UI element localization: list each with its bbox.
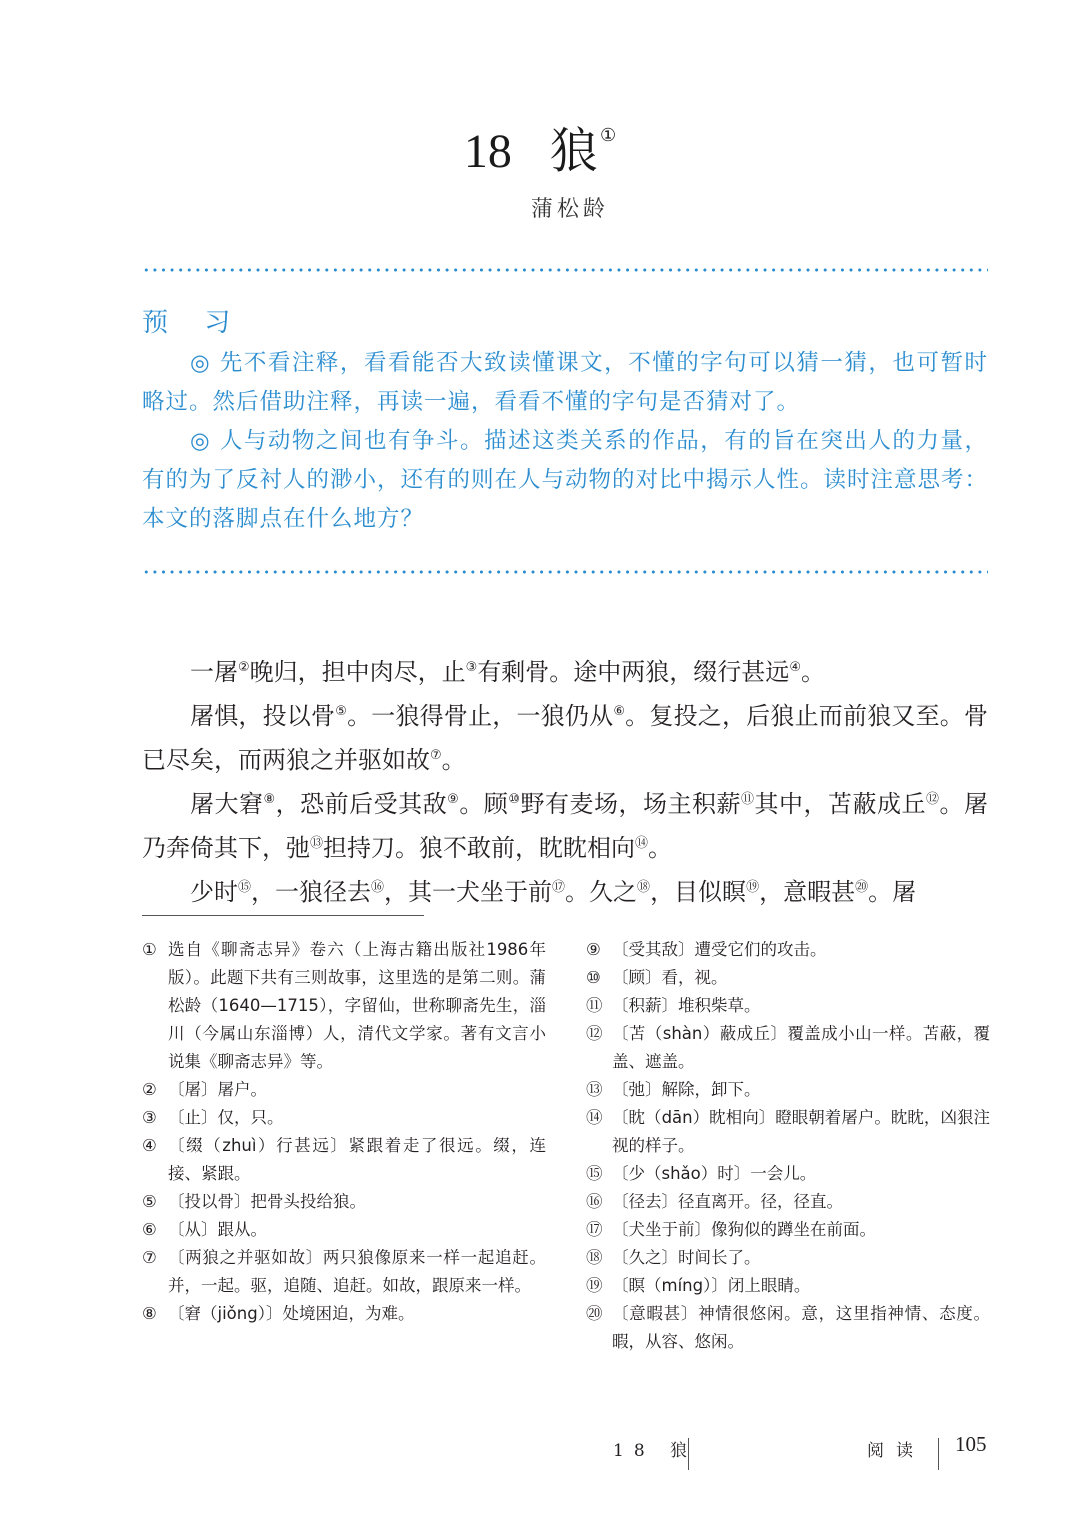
footnote-number: ⑤ <box>142 1188 168 1216</box>
footnote-item: ①选自《聊斋志异》卷六（上海古籍出版社1986年版）。此题下共有三则故事，这里选… <box>142 936 546 1076</box>
footnote-number: ⑧ <box>142 1300 168 1328</box>
footnote-number: ⑬ <box>586 1076 612 1104</box>
preview-item: ◎ 先不看注释，看看能否大致读懂课文，不懂的字句可以猜一猜，也可暂时略过。然后借… <box>142 344 988 422</box>
footnote-item: ⑨〔受其敌〕遭受它们的攻击。 <box>586 936 990 964</box>
footnote-item: ⑦〔两狼之并驱如故〕两只狼像原来一样一起追赶。并，一起。驱，追随、追赶。如故，跟… <box>142 1244 546 1300</box>
footnote-marker: ④ <box>789 660 801 675</box>
footnote-item: ④〔缀（zhuì）行甚远〕紧跟着走了很远。缀，连接、紧跟。 <box>142 1132 546 1188</box>
footnote-item: ⑰〔犬坐于前〕像狗似的蹲坐在前面。 <box>586 1216 990 1244</box>
text-segment: ，一狼径去 <box>251 878 371 906</box>
footnote-item: ②〔屠〕屠户。 <box>142 1076 546 1104</box>
footnote-marker: ⑳ <box>855 880 868 895</box>
footnote-marker: ⑰ <box>552 880 565 895</box>
footnote-text: 〔意暇甚〕神情很悠闲。意，这里指神情、态度。暇，从容、悠闲。 <box>612 1300 990 1356</box>
text-segment: 晚归，担中肉尽，止 <box>250 658 466 686</box>
text-segment: ，意暇甚 <box>759 878 855 906</box>
footnote-item: ⑬〔弛〕解除，卸下。 <box>586 1076 990 1104</box>
footnote-number: ③ <box>142 1104 168 1132</box>
footnote-item: ⑫〔苫（shàn）蔽成丘〕覆盖成小山一样。苫蔽，覆盖、遮盖。 <box>586 1020 990 1076</box>
text-segment: 屠大窘 <box>190 790 264 818</box>
text-segment: 屠惧，投以骨 <box>190 702 335 730</box>
lesson-title: 18狼① <box>0 105 1080 182</box>
footnote-number: ⑥ <box>142 1216 168 1244</box>
footnote-item: ⑮〔少（shǎo）时〕一会儿。 <box>586 1160 990 1188</box>
footnote-number: ⑭ <box>586 1104 612 1160</box>
text-paragraph: 少时⑮，一狼径去⑯，其一犬坐于前⑰。久之⑱，目似瞑⑲，意暇甚⑳。屠 <box>142 868 988 912</box>
footnote-item: ⑱〔久之〕时间长了。 <box>586 1244 990 1272</box>
author: 蒲松龄 <box>0 192 1080 223</box>
text-segment: ，其一犬坐于前 <box>384 878 552 906</box>
footnote-item: ⑤〔投以骨〕把骨头投给狼。 <box>142 1188 546 1216</box>
footnote-text: 选自《聊斋志异》卷六（上海古籍出版社1986年版）。此题下共有三则故事，这里选的… <box>168 936 546 1076</box>
footnote-text: 〔受其敌〕遭受它们的攻击。 <box>612 936 990 964</box>
text-segment: 。 <box>801 658 825 686</box>
footnote-text: 〔径去〕径直离开。径，径直。 <box>612 1188 990 1216</box>
footnote-text: 〔犬坐于前〕像狗似的蹲坐在前面。 <box>612 1216 990 1244</box>
footnote-text: 〔两狼之并驱如故〕两只狼像原来一样一起追赶。并，一起。驱，追随、追赶。如故，跟原… <box>168 1244 546 1300</box>
footnote-marker: ⑫ <box>926 792 940 807</box>
footnote-number: ⑩ <box>586 964 612 992</box>
footnote-text: 〔积薪〕堆积柴草。 <box>612 992 990 1020</box>
lesson-number: 18 <box>464 125 512 178</box>
text-segment: 少时 <box>190 878 238 906</box>
footnote-item: ⑩〔顾〕看，视。 <box>586 964 990 992</box>
text-segment: ，恐前后受其敌 <box>276 790 448 818</box>
footnote-marker: ⑮ <box>238 880 251 895</box>
text-paragraph: 屠惧，投以骨⑤。一狼得骨止，一狼仍从⑥。复投之，后狼止而前狼又至。骨已尽矣，而两… <box>142 692 988 780</box>
footnote-item: ⑯〔径去〕径直离开。径，径直。 <box>586 1188 990 1216</box>
footnote-text: 〔眈（dān）眈相向〕瞪眼朝着屠户。眈眈，凶狠注视的样子。 <box>612 1104 990 1160</box>
text-segment: 。一狼得骨止，一狼仍从 <box>347 702 613 730</box>
footnote-marker: ⑤ <box>335 704 347 719</box>
footnote-marker: ② <box>238 660 250 675</box>
preview-heading: 预 习 <box>142 302 244 339</box>
footnote-text: 〔顾〕看，视。 <box>612 964 990 992</box>
footnote-text: 〔久之〕时间长了。 <box>612 1244 990 1272</box>
footnote-number: ⑱ <box>586 1244 612 1272</box>
footnote-item: ③〔止〕仅，只。 <box>142 1104 546 1132</box>
footnote-number: ⑰ <box>586 1216 612 1244</box>
text-segment: 其中，苫蔽成丘 <box>754 790 926 818</box>
footnote-number: ① <box>142 936 168 1076</box>
footnote-text: 〔弛〕解除，卸下。 <box>612 1076 990 1104</box>
footnote-marker: ⑱ <box>637 880 650 895</box>
text-segment: 。屠 <box>868 878 916 906</box>
footer-section: 阅读 <box>867 1436 925 1461</box>
footnote-marker: ⑲ <box>746 880 759 895</box>
text-segment: 一屠 <box>190 658 238 686</box>
footer-divider <box>688 1438 689 1470</box>
text-segment: 有剩骨。途中两狼，缀行甚远 <box>477 658 789 686</box>
footnote-marker: ⑩ <box>508 792 520 807</box>
footnote-number: ⑮ <box>586 1160 612 1188</box>
text-segment: 。久之 <box>565 878 637 906</box>
footnote-marker: ⑯ <box>371 880 384 895</box>
preview-section: ◎ 先不看注释，看看能否大致读懂课文，不懂的字句可以猜一猜，也可暂时略过。然后借… <box>142 344 988 539</box>
footnote-rule <box>142 915 424 916</box>
footnote-item: ⑥〔从〕跟从。 <box>142 1216 546 1244</box>
footnote-number: ⑪ <box>586 992 612 1020</box>
footnote-marker: ⑭ <box>635 836 648 851</box>
page-number: 105 <box>955 1432 987 1457</box>
footnote-item: ⑲〔瞑（míng）〕闭上眼睛。 <box>586 1272 990 1300</box>
footnotes-right-column: ⑨〔受其敌〕遭受它们的攻击。⑩〔顾〕看，视。⑪〔积薪〕堆积柴草。⑫〔苫（shàn… <box>586 936 990 1356</box>
footnote-text: 〔从〕跟从。 <box>168 1216 546 1244</box>
footnote-number: ④ <box>142 1132 168 1188</box>
footnote-text: 〔少（shǎo）时〕一会儿。 <box>612 1160 990 1188</box>
footnote-marker: ⑦ <box>430 748 442 763</box>
footnote-text: 〔止〕仅，只。 <box>168 1104 546 1132</box>
footnote-text: 〔屠〕屠户。 <box>168 1076 546 1104</box>
footnote-marker: ⑥ <box>613 704 625 719</box>
footnote-number: ⑫ <box>586 1020 612 1076</box>
footnotes-left-column: ①选自《聊斋志异》卷六（上海古籍出版社1986年版）。此题下共有三则故事，这里选… <box>142 936 546 1328</box>
footer-lesson: 18 狼 <box>613 1436 697 1461</box>
footnote-text: 〔瞑（míng）〕闭上眼睛。 <box>612 1272 990 1300</box>
text-segment: 野有麦场，场主积薪 <box>520 790 741 818</box>
footnote-number: ⑦ <box>142 1244 168 1300</box>
footnote-number: ⑨ <box>586 936 612 964</box>
text-segment: ，目似瞑 <box>650 878 746 906</box>
footnote-text: 〔苫（shàn）蔽成丘〕覆盖成小山一样。苫蔽，覆盖、遮盖。 <box>612 1020 990 1076</box>
footer-divider <box>938 1438 939 1470</box>
lesson-title-text: 狼 <box>550 125 598 178</box>
footnote-number: ② <box>142 1076 168 1104</box>
footnote-item: ⑳〔意暇甚〕神情很悠闲。意，这里指神情、态度。暇，从容、悠闲。 <box>586 1300 990 1356</box>
text-segment: 担持刀。狼不敢前，眈眈相向 <box>323 834 635 862</box>
footnote-marker: ⑧ <box>264 792 276 807</box>
footnote-text: 〔缀（zhuì）行甚远〕紧跟着走了很远。缀，连接、紧跟。 <box>168 1132 546 1188</box>
main-text: 一屠②晚归，担中肉尽，止③有剩骨。途中两狼，缀行甚远④。屠惧，投以骨⑤。一狼得骨… <box>142 648 988 912</box>
dotted-divider-top <box>142 268 988 272</box>
text-segment: 。 <box>442 746 466 774</box>
text-paragraph: 一屠②晚归，担中肉尽，止③有剩骨。途中两狼，缀行甚远④。 <box>142 648 988 692</box>
footnote-number: ⑲ <box>586 1272 612 1300</box>
footnote-marker: ⑪ <box>741 792 755 807</box>
text-paragraph: 屠大窘⑧，恐前后受其敌⑨。顾⑩野有麦场，场主积薪⑪其中，苫蔽成丘⑫。屠乃奔倚其下… <box>142 780 988 868</box>
dotted-divider-bottom <box>142 570 988 574</box>
page-footer: 18 狼 阅读 105 <box>0 1432 1080 1472</box>
preview-item: ◎ 人与动物之间也有争斗。描述这类关系的作品，有的旨在突出人的力量，有的为了反衬… <box>142 422 988 539</box>
footnote-item: ⑪〔积薪〕堆积柴草。 <box>586 992 990 1020</box>
footnote-item: ⑧〔窘（jiǒng）〕处境困迫，为难。 <box>142 1300 546 1328</box>
text-segment: 。顾 <box>459 790 508 818</box>
footnote-number: ⑯ <box>586 1188 612 1216</box>
footnote-text: 〔投以骨〕把骨头投给狼。 <box>168 1188 546 1216</box>
title-footnote-marker: ① <box>600 125 616 145</box>
footnote-marker: ⑬ <box>310 836 323 851</box>
text-segment: 。 <box>648 834 672 862</box>
footnote-text: 〔窘（jiǒng）〕处境困迫，为难。 <box>168 1300 546 1328</box>
footnote-marker: ③ <box>466 660 478 675</box>
footnote-marker: ⑨ <box>447 792 459 807</box>
footnote-item: ⑭〔眈（dān）眈相向〕瞪眼朝着屠户。眈眈，凶狠注视的样子。 <box>586 1104 990 1160</box>
footnote-number: ⑳ <box>586 1300 612 1356</box>
